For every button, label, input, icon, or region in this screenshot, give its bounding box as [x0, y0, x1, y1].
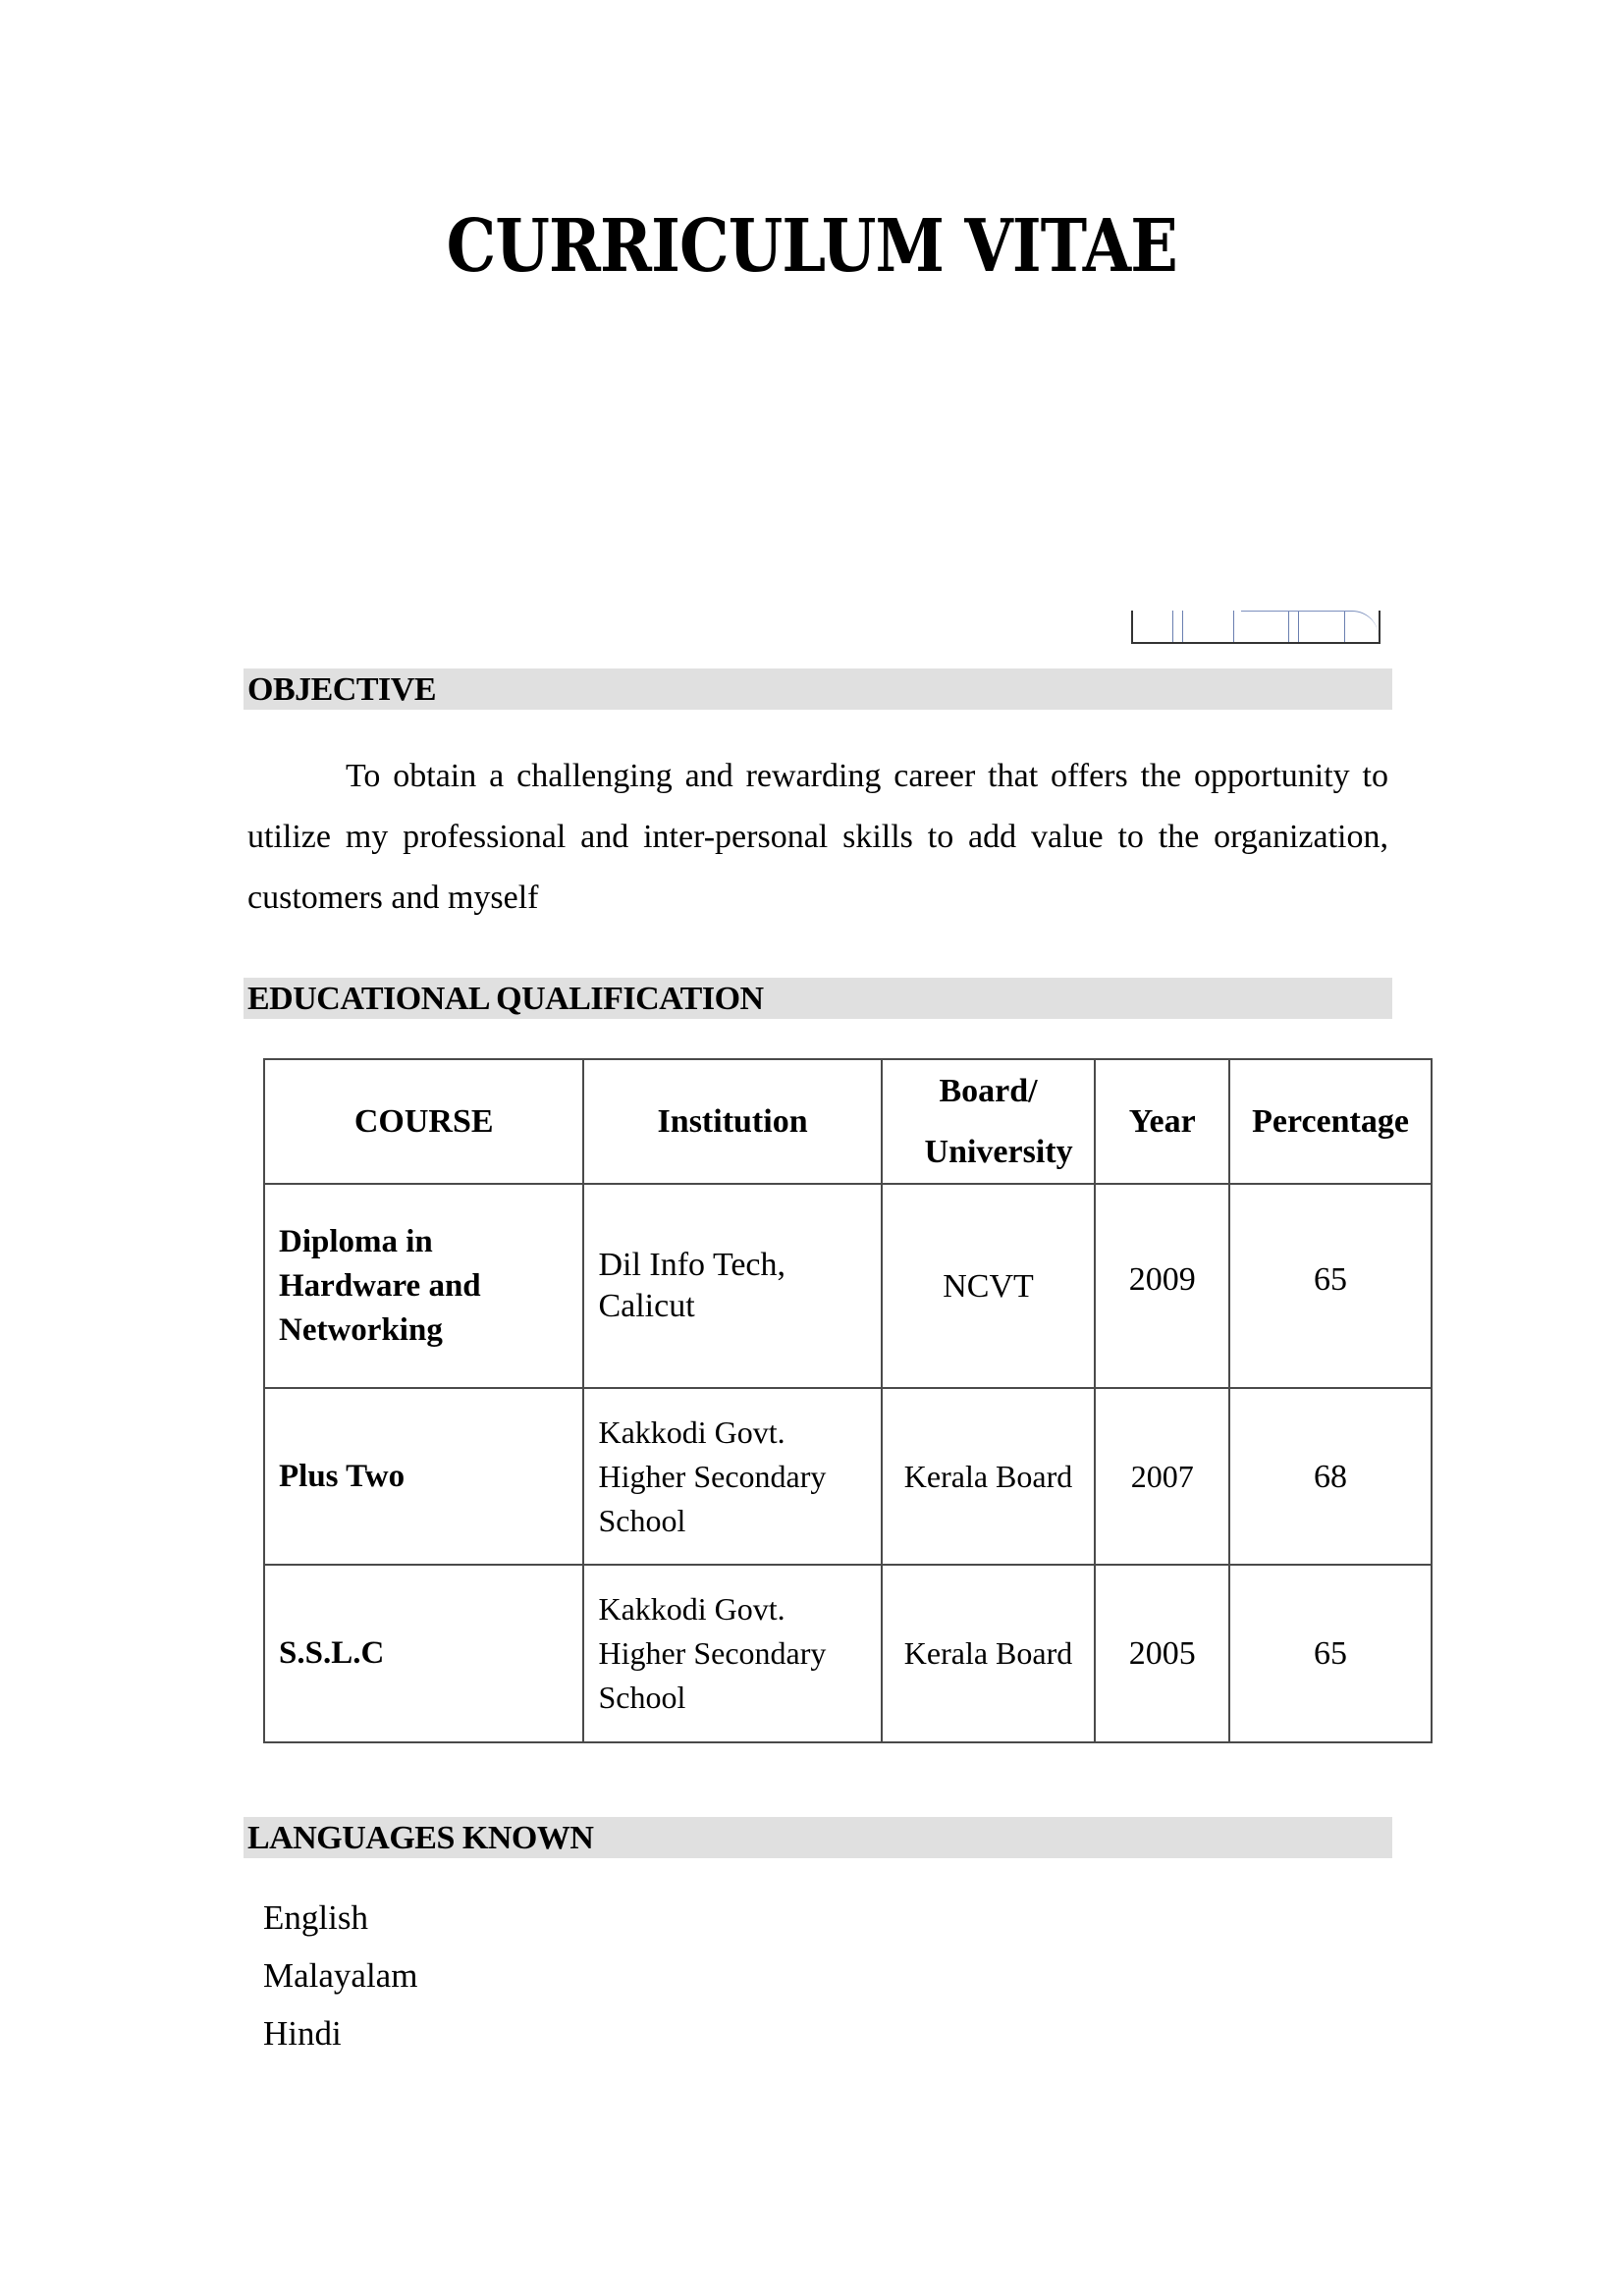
- document-title-text: CURRICULUM VITAE: [447, 201, 1177, 292]
- cell-course: Diploma in Hardware and Networking: [264, 1184, 583, 1388]
- cell-year: 2005: [1095, 1565, 1229, 1742]
- languages-heading: LANGUAGES KNOWN: [247, 1821, 593, 1856]
- objective-section-header: OBJECTIVE: [244, 668, 1392, 710]
- languages-section-header: LANGUAGES KNOWN: [244, 1817, 1392, 1858]
- table-row: Plus Two Kakkodi Govt. Higher Secondary …: [264, 1388, 1432, 1565]
- cell-year: 2007: [1095, 1388, 1229, 1565]
- document-title: CURRICULUM VITAE: [0, 201, 1624, 292]
- cell-percentage: 65: [1229, 1565, 1432, 1742]
- table-header-row: COURSE Institution Board/ University Yea…: [264, 1059, 1432, 1184]
- objective-text: To obtain a challenging and rewarding ca…: [247, 746, 1388, 929]
- objective-heading: OBJECTIVE: [247, 672, 436, 708]
- table-row: Diploma in Hardware and Networking Dil I…: [264, 1184, 1432, 1388]
- cell-year: 2009: [1095, 1184, 1229, 1388]
- cell-institution: Kakkodi Govt. Higher Secondary School: [583, 1388, 881, 1565]
- cell-institution: Kakkodi Govt. Higher Secondary School: [583, 1565, 881, 1742]
- column-header-course: COURSE: [264, 1059, 583, 1184]
- column-header-percentage: Percentage: [1229, 1059, 1432, 1184]
- table-row: S.S.L.C Kakkodi Govt. Higher Secondary S…: [264, 1565, 1432, 1742]
- cell-institution: Dil Info Tech, Calicut: [583, 1184, 881, 1388]
- cell-board: NCVT: [882, 1184, 1096, 1388]
- column-header-year: Year: [1095, 1059, 1229, 1184]
- cell-percentage: 68: [1229, 1388, 1432, 1565]
- language-item: Malayalam: [263, 1947, 417, 2004]
- objective-text-block: To obtain a challenging and rewarding ca…: [247, 746, 1388, 929]
- cell-percentage: 65: [1229, 1184, 1432, 1388]
- photo-image-fragment: [1131, 611, 1380, 644]
- cell-board: Kerala Board: [882, 1388, 1096, 1565]
- column-header-board: Board/ University: [882, 1059, 1096, 1184]
- languages-list: English Malayalam Hindi: [263, 1889, 417, 2062]
- education-table: COURSE Institution Board/ University Yea…: [263, 1058, 1433, 1743]
- cell-course: S.S.L.C: [264, 1565, 583, 1742]
- language-item: English: [263, 1889, 417, 1947]
- language-item: Hindi: [263, 2004, 417, 2062]
- cell-course: Plus Two: [264, 1388, 583, 1565]
- column-header-institution: Institution: [583, 1059, 881, 1184]
- education-section-header: EDUCATIONAL QUALIFICATION: [244, 978, 1392, 1019]
- education-heading: EDUCATIONAL QUALIFICATION: [247, 982, 764, 1017]
- cell-board: Kerala Board: [882, 1565, 1096, 1742]
